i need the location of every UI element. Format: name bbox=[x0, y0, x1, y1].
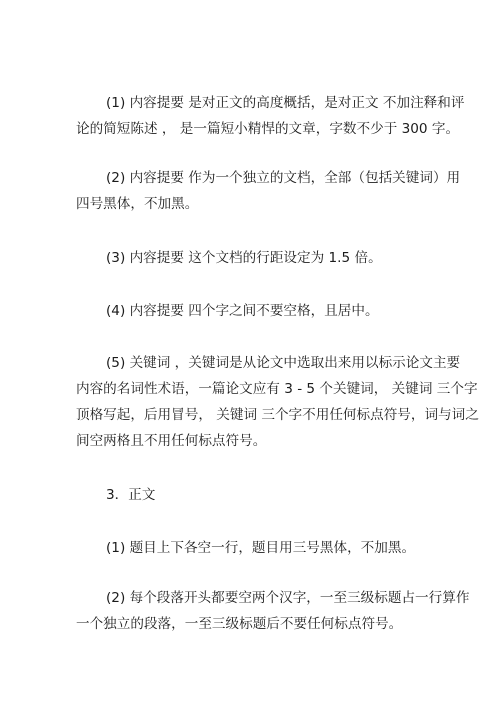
paragraph-line: 间空两格且不用任何标点符号。 bbox=[76, 428, 436, 454]
paragraph-line: (2) 内容提要 作为一个独立的文档，全部（包括关键词）用 bbox=[76, 165, 436, 191]
paragraph-line: (2) 每个段落开头都要空两个汉字，一至三级标题占一行算作 bbox=[76, 585, 436, 611]
paragraph-line: (1) 题目上下各空一行，题目用三号黑体，不加黑。 bbox=[76, 535, 436, 561]
document-page: (1) 内容提要 是对正文的高度概括，是对正文 不加注释和评 论的简短陈述 ， … bbox=[0, 0, 500, 707]
abstract-item-3: (3) 内容提要 这个文档的行距设定为 1.5 倍。 bbox=[76, 245, 436, 271]
paragraph-line: (3) 内容提要 这个文档的行距设定为 1.5 倍。 bbox=[76, 245, 436, 271]
paragraph-line: 顶格写起，后用冒号， 关键词 三个字不用任何标点符号，词与词之 bbox=[76, 402, 436, 428]
paragraph-line: 四号黑体，不加黑。 bbox=[76, 191, 436, 217]
body-item-2: (2) 每个段落开头都要空两个汉字，一至三级标题占一行算作 一个独立的段落，一至… bbox=[76, 585, 436, 637]
paragraph-line: (5) 关键词 ，关键词是从论文中选取出来用以标示论文主要 bbox=[76, 350, 436, 376]
paragraph-line: (4) 内容提要 四个字之间不要空格，且居中。 bbox=[76, 298, 436, 324]
paragraph-line: (1) 内容提要 是对正文的高度概括，是对正文 不加注释和评 bbox=[76, 90, 436, 116]
keywords-item-5: (5) 关键词 ，关键词是从论文中选取出来用以标示论文主要 内容的名词性术语，一… bbox=[76, 350, 436, 454]
paragraph-line: 一个独立的段落，一至三级标题后不要任何标点符号。 bbox=[76, 611, 436, 637]
paragraph-line: 内容的名词性术语，一篇论文应有 3 - 5 个关键词， 关键词 三个字 bbox=[76, 376, 436, 402]
section-heading: 3．正文 bbox=[76, 482, 436, 508]
body-item-1: (1) 题目上下各空一行，题目用三号黑体，不加黑。 bbox=[76, 535, 436, 561]
abstract-item-4: (4) 内容提要 四个字之间不要空格，且居中。 bbox=[76, 298, 436, 324]
abstract-item-1: (1) 内容提要 是对正文的高度概括，是对正文 不加注释和评 论的简短陈述 ， … bbox=[76, 90, 436, 142]
paragraph-line: 论的简短陈述 ， 是一篇短小精悍的文章，字数不少于 300 字。 bbox=[76, 116, 436, 142]
abstract-item-2: (2) 内容提要 作为一个独立的文档，全部（包括关键词）用 四号黑体，不加黑。 bbox=[76, 165, 436, 217]
section-heading-body: 3．正文 bbox=[76, 482, 436, 508]
